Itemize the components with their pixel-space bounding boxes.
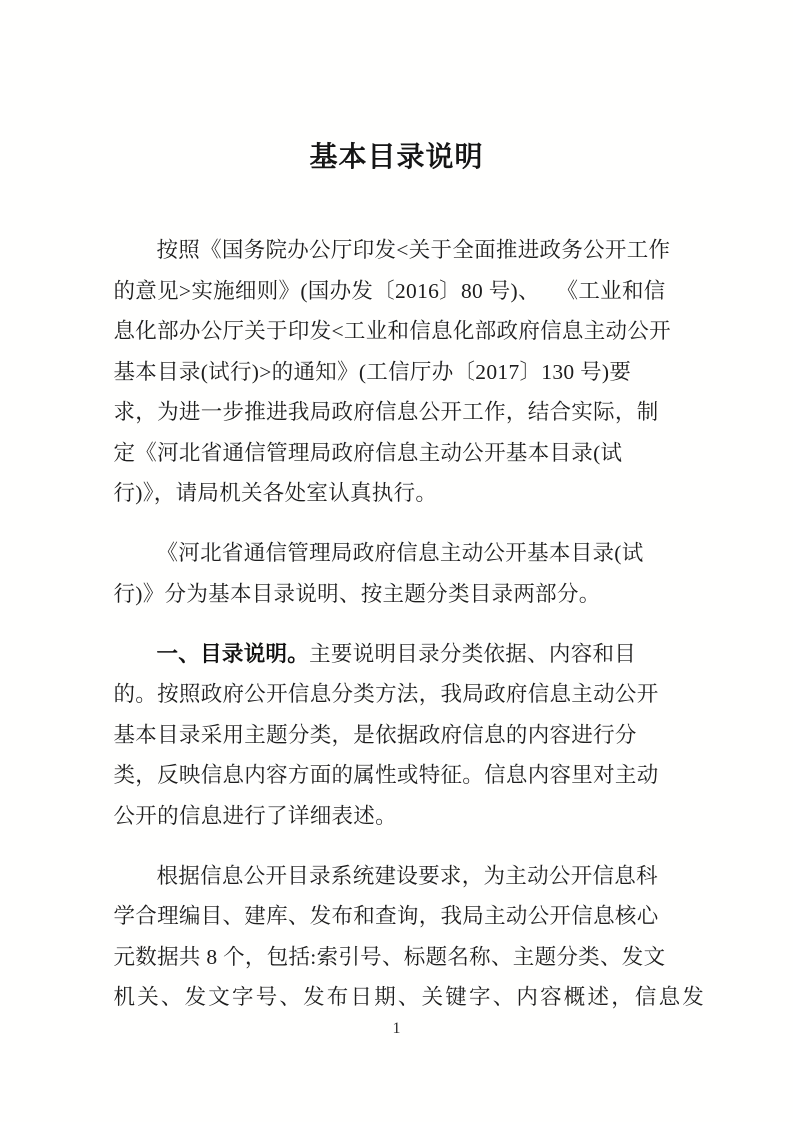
text-line: 一、目录说明。主要说明目录分类依据、内容和目	[114, 634, 680, 675]
page-number: 1	[393, 1020, 401, 1037]
text-line: 按照《国务院办公厅印发<关于全面推进政务公开工作	[114, 230, 680, 271]
text-line: 基本目录采用主题分类，是依据政府信息的内容进行分	[114, 715, 680, 756]
text-line: 类，反映信息内容方面的属性或特征。信息内容里对主动	[114, 755, 680, 796]
text-line: 的意见>实施细则》(国办发〔2016〕80 号)、 《工业和信	[114, 271, 680, 312]
text-line: 学合理编目、建库、发布和查询，我局主动公开信息核心	[114, 896, 680, 937]
text-line: 元数据共 8 个，包括:索引号、标题名称、主题分类、发文	[114, 937, 680, 978]
section-heading: 一、目录说明。	[157, 642, 310, 666]
page-title: 基本目录说明	[0, 0, 793, 174]
text-line: 根据信息公开目录系统建设要求，为主动公开信息科	[114, 856, 680, 897]
text-line: 的。按照政府公开信息分类方法，我局政府信息主动公开	[114, 674, 680, 715]
text-line: 机关、发文字号、发布日期、关键字、内容概述，信息发	[114, 977, 680, 1018]
text-line: 求，为进一步推进我局政府信息公开工作，结合实际，制	[114, 392, 680, 433]
text-line: 《河北省通信管理局政府信息主动公开基本目录(试	[114, 533, 680, 574]
text-line: 公开的信息进行了详细表述。	[114, 796, 680, 837]
paragraph-4: 根据信息公开目录系统建设要求，为主动公开信息科 学合理编目、建库、发布和查询，我…	[114, 856, 680, 1018]
document-page: 基本目录说明 按照《国务院办公厅印发<关于全面推进政务公开工作 的意见>实施细则…	[0, 0, 793, 1122]
text-line: 行)》，请局机关各处室认真执行。	[114, 473, 680, 514]
text-line: 息化部办公厅关于印发<工业和信息化部政府信息主动公开	[114, 311, 680, 352]
paragraph-1: 按照《国务院办公厅印发<关于全面推进政务公开工作 的意见>实施细则》(国办发〔2…	[114, 230, 680, 514]
document-body: 按照《国务院办公厅印发<关于全面推进政务公开工作 的意见>实施细则》(国办发〔2…	[114, 230, 680, 1018]
page-footer: 1	[0, 1018, 793, 1040]
text-line: 行)》分为基本目录说明、按主题分类目录两部分。	[114, 574, 680, 615]
paragraph-2: 《河北省通信管理局政府信息主动公开基本目录(试 行)》分为基本目录说明、按主题分…	[114, 533, 680, 614]
paragraph-3: 一、目录说明。主要说明目录分类依据、内容和目 的。按照政府公开信息分类方法，我局…	[114, 634, 680, 837]
text-line: 基本目录(试行)>的通知》(工信厅办〔2017〕130 号)要	[114, 352, 680, 393]
text-line: 定《河北省通信管理局政府信息主动公开基本目录(试	[114, 433, 680, 474]
text-run: 主要说明目录分类依据、内容和目	[309, 642, 636, 666]
